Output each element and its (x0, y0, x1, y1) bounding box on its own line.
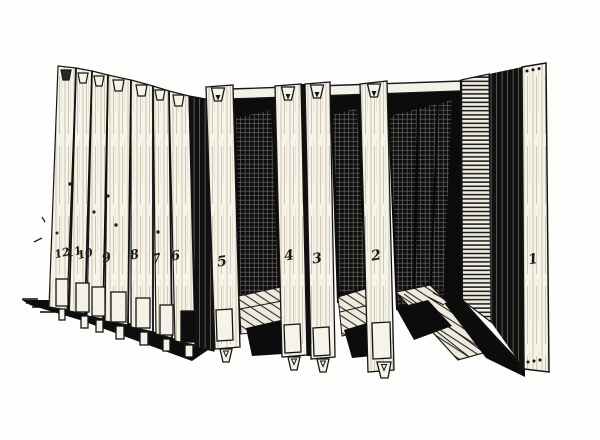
frame-8-plank (131, 80, 153, 332)
frame-1-side-board (522, 63, 549, 372)
frame-9-plank (105, 75, 131, 325)
leaf-hive-illustration: 12 11 10 9 8 7 6 5 4 3 2 1 (0, 0, 600, 440)
opening-5-4 (233, 93, 283, 356)
engraving-figure: 12 11 10 9 8 7 6 5 4 3 2 1 (0, 0, 600, 440)
frame-1-comb-face (461, 74, 491, 322)
frame-1-comb-shadow (489, 67, 524, 369)
